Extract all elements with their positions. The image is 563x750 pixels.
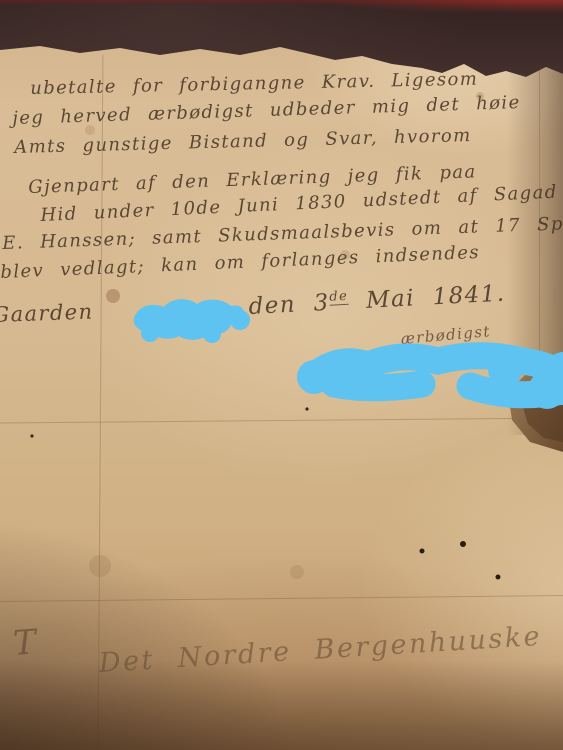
redaction-place-name <box>134 299 250 343</box>
stain-spots <box>30 92 500 580</box>
photo-of-manuscript-letter: ubetalte for forbigangne Krav. Ligesom j… <box>0 0 563 750</box>
redactions-and-stains-overlay <box>0 0 563 750</box>
redaction-signature <box>316 356 563 395</box>
